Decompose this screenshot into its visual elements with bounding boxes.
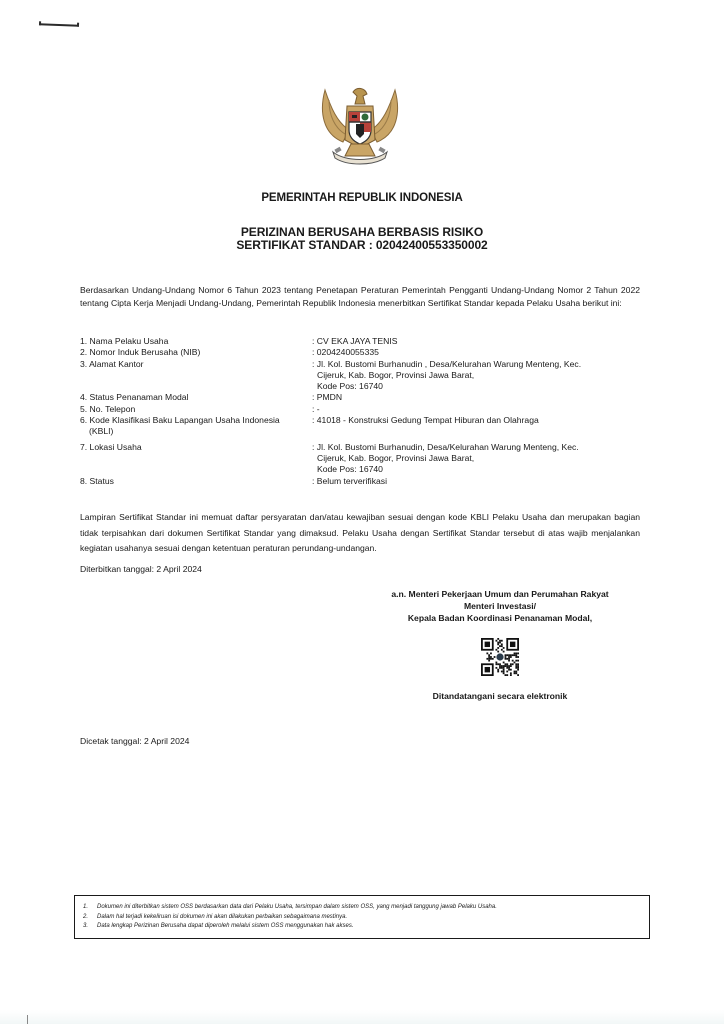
footer-note: 2.Dalam hal terjadi kekeliruan isi dokum… bbox=[83, 913, 641, 923]
electronic-signature-note: Ditandatangani secara elektronik bbox=[365, 691, 635, 701]
document-title: PERIZINAN BERUSAHA BERBASIS RISIKO bbox=[0, 225, 724, 239]
field-value: : Jl. Kol. Bustomi Burhanudin , Desa/Kel… bbox=[312, 359, 640, 393]
signatory-block: a.n. Menteri Pekerjaan Umum dan Perumaha… bbox=[365, 588, 635, 625]
qr-code-icon bbox=[481, 638, 519, 676]
field-label: 2. Nomor Induk Berusaha (NIB) bbox=[80, 347, 312, 358]
field-value: : - bbox=[312, 404, 640, 415]
field-row: 8. Status: Belum terverifikasi bbox=[80, 476, 640, 487]
field-value: : 41018 - Konstruksi Gedung Tempat Hibur… bbox=[312, 415, 640, 438]
field-row: 4. Status Penanaman Modal: PMDN bbox=[80, 392, 640, 403]
certificate-number: SERTIFIKAT STANDAR : 02042400553350002 bbox=[0, 238, 724, 252]
field-row: 5. No. Telepon: - bbox=[80, 404, 640, 415]
field-value: : Jl. Kol. Bustomi Burhanudin, Desa/Kelu… bbox=[312, 442, 640, 476]
intro-paragraph: Berdasarkan Undang-Undang Nomor 6 Tahun … bbox=[80, 284, 640, 309]
footer-note: 3.Data lengkap Perizinan Berusaha dapat … bbox=[83, 922, 641, 932]
field-row: 2. Nomor Induk Berusaha (NIB): 020424005… bbox=[80, 347, 640, 358]
field-row: 7. Lokasi Usaha: Jl. Kol. Bustomi Burhan… bbox=[80, 442, 640, 476]
field-value: : 0204240055335 bbox=[312, 347, 640, 358]
field-row: 1. Nama Pelaku Usaha: CV EKA JAYA TENIS bbox=[80, 336, 640, 347]
scan-bottom-edge bbox=[0, 1010, 724, 1024]
field-value: : CV EKA JAYA TENIS bbox=[312, 336, 640, 347]
printed-date: Dicetak tanggal: 2 April 2024 bbox=[80, 736, 189, 746]
field-label: 7. Lokasi Usaha bbox=[80, 442, 312, 476]
business-details: 1. Nama Pelaku Usaha: CV EKA JAYA TENIS2… bbox=[80, 336, 640, 487]
field-row: 6. Kode Klasifikasi Baku Lapangan Usaha … bbox=[80, 415, 640, 438]
field-label: 6. Kode Klasifikasi Baku Lapangan Usaha … bbox=[80, 415, 312, 438]
signatory-line-2: Menteri Investasi/ bbox=[365, 600, 635, 612]
footer-notes-box: 1.Dokumen ini diterbitkan sistem OSS ber… bbox=[74, 895, 650, 939]
field-label: 5. No. Telepon bbox=[80, 404, 312, 415]
signatory-line-3: Kepala Badan Koordinasi Penanaman Modal, bbox=[365, 612, 635, 624]
garuda-emblem-icon bbox=[315, 82, 405, 172]
field-label: 8. Status bbox=[80, 476, 312, 487]
lampiran-paragraph: Lampiran Sertifikat Standar ini memuat d… bbox=[80, 510, 640, 557]
field-label: 4. Status Penanaman Modal bbox=[80, 392, 312, 403]
signatory-line-1: a.n. Menteri Pekerjaan Umum dan Perumaha… bbox=[365, 588, 635, 600]
field-label: 1. Nama Pelaku Usaha bbox=[80, 336, 312, 347]
scan-artifact-tick bbox=[27, 1015, 28, 1024]
field-row: 3. Alamat Kantor: Jl. Kol. Bustomi Burha… bbox=[80, 359, 640, 393]
field-value: : PMDN bbox=[312, 392, 640, 403]
issued-date: Diterbitkan tanggal: 2 April 2024 bbox=[80, 564, 202, 574]
field-label: 3. Alamat Kantor bbox=[80, 359, 312, 393]
footer-note: 1.Dokumen ini diterbitkan sistem OSS ber… bbox=[83, 903, 641, 913]
field-value: : Belum terverifikasi bbox=[312, 476, 640, 487]
government-heading: PEMERINTAH REPUBLIK INDONESIA bbox=[0, 192, 724, 204]
scan-artifact-mark bbox=[39, 23, 79, 26]
